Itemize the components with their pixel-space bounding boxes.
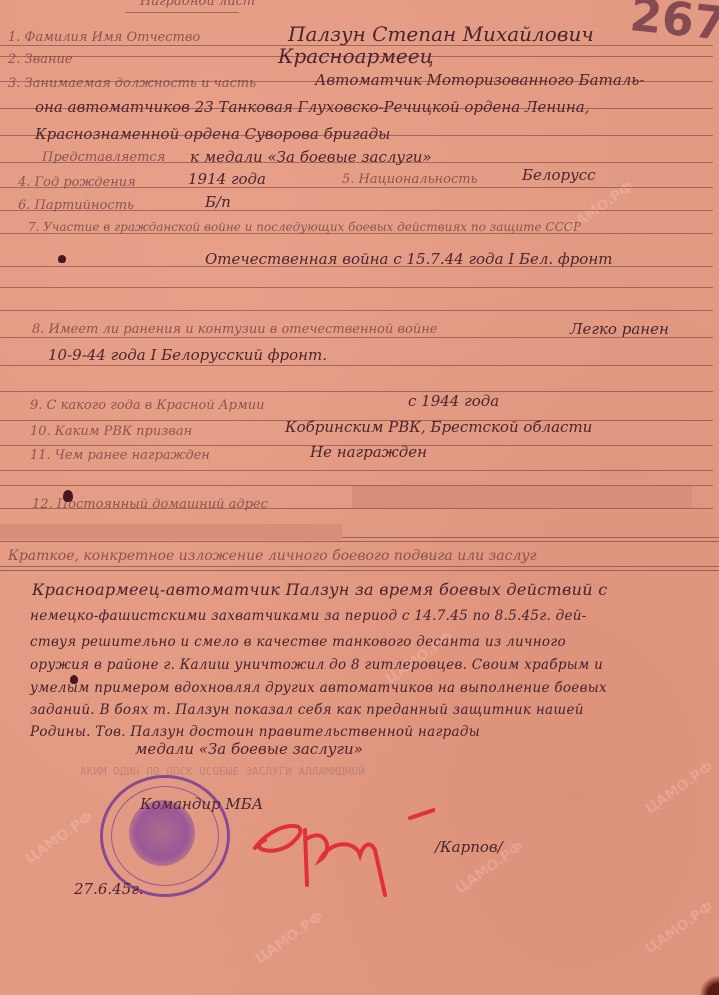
field-value-wounds: Легко ранен [570, 320, 669, 338]
narrative-line: заданий. В боях т. Палзун показал себя к… [30, 702, 584, 718]
field-label-previous-awards: 11. Чем ранее награжден [30, 448, 210, 463]
narrative-line: ствуя решительно и смело в качестве танк… [30, 634, 566, 650]
award-sheet-page: ЦАМО.РФ ЦАМО.РФ ЦАМО.РФ ЦАМО.РФ ЦАМО.РФ … [0, 0, 719, 995]
ink-blot [63, 490, 73, 502]
field-value-rank: Красноармеец [278, 44, 434, 68]
section-title: Краткое, конкретное изложение личного бо… [8, 548, 537, 564]
field-value-birth-year: 1914 года [188, 170, 266, 188]
field-value-combat: Отечественная война с 15.7.44 года I Бел… [205, 250, 612, 268]
narrative-line: оружия в районе г. Калиш уничтожил до 8 … [30, 657, 603, 673]
document-date: 27.6.45г. [74, 880, 144, 898]
field-label-party: 6. Партийность [18, 198, 134, 213]
redaction-box-address [352, 486, 692, 508]
field-label-conscripted: 10. Каким РВК призван [30, 424, 192, 439]
redaction-box [0, 524, 342, 540]
field-label-wounds: 8. Имеет ли ранения и контузии в отечест… [32, 322, 437, 337]
ink-blot [58, 255, 66, 263]
field-label-presented: Представляется [42, 150, 165, 165]
field-value-conscripted: Кобринским РВК, Брестской области [285, 418, 592, 436]
field-value-previous-awards: Не награжден [310, 443, 427, 461]
watermark: ЦАМО.РФ [643, 899, 717, 957]
field-label-birth-year: 4. Год рождения [18, 175, 136, 190]
bleed-through-text: АКИМ ОДИН ПО ДОСК ОСОБЫЕ ЗАСЛУГИ АЛЛАМИД… [80, 765, 365, 778]
narrative-line: немецко-фашистскими захватчиками за пери… [30, 608, 587, 624]
official-stamp [100, 775, 230, 897]
narrative-line: Красноармеец-автоматчик Палзун за время … [32, 580, 607, 599]
field-value-army-since: с 1944 года [408, 392, 499, 410]
field-label-rank: 2. Звание [8, 52, 73, 67]
field-value-position-cont: Краснознаменной ордена Суворова бригады [35, 125, 390, 143]
recommendation: медали «За боевые заслуги» [135, 740, 363, 758]
field-label-position: 3. Занимаемая должность и часть [8, 76, 256, 91]
field-label-nationality: 5. Национальность [342, 172, 478, 187]
watermark: ЦАМО.РФ [253, 909, 327, 967]
field-value-presented: к медали «За боевые заслуги» [190, 148, 432, 166]
field-value-position-cont: она автоматчиков 23 Танковая Глуховско-Р… [35, 98, 590, 116]
archive-number: 267 [627, 0, 719, 51]
paper-corner-shadow [699, 975, 719, 995]
signature [235, 800, 435, 900]
field-value-position: Автоматчик Моторизованного Баталь- [315, 71, 645, 89]
form-header: Наградной лист [140, 0, 255, 9]
field-label-army-since: 9. С какого года в Красной Армии [30, 398, 264, 413]
field-value-name: Палзун Степан Михайлович [288, 22, 594, 46]
field-label-name: 1. Фамилия Имя Отчество [8, 30, 200, 45]
narrative-line: умелым примером вдохновлял других автома… [30, 680, 607, 696]
signatory-name: /Карпов/ [435, 838, 503, 856]
field-value-nationality: Белорусс [522, 166, 596, 184]
narrative-line: Родины. Тов. Палзун достоин правительств… [30, 724, 480, 740]
watermark: ЦАМО.РФ [23, 809, 97, 867]
field-label-combat: 7. Участие в гражданской войне и последу… [28, 220, 581, 234]
field-value-party: Б/п [205, 193, 231, 211]
watermark: ЦАМО.РФ [643, 759, 717, 817]
field-value-wounds-cont: 10-9-44 года I Белорусский фронт. [48, 346, 327, 364]
